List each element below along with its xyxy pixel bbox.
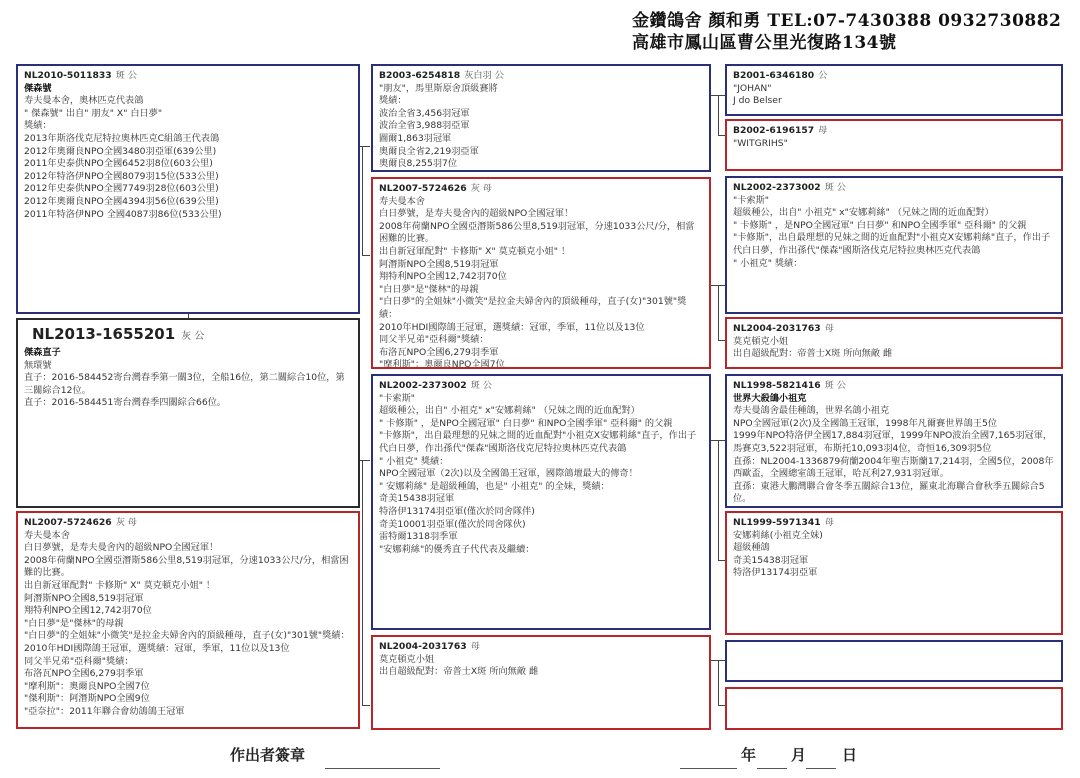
pedigree-card-sire: NL2010-5011833斑 公 傑森號 寿夫曼本舍，奧林匹克代表鴿 " 傑森… — [16, 64, 360, 314]
day-label: 日 — [842, 744, 857, 765]
pedigree-card-dam: NL2007-5724626灰 母 寿夫曼本舍 白日夢號，是寿夫曼舍內的超級NP… — [16, 511, 360, 729]
ring-number: NL1998-5821416斑 公 — [733, 380, 1055, 393]
pedigree-card-ggp-1: B2001-6346180公 "JOHAN" J do Belser — [725, 64, 1063, 116]
signature-label: 作出者簽章 — [230, 744, 305, 765]
ring-number: B2003-6254818灰白羽 公 — [379, 70, 703, 83]
connector — [362, 460, 363, 705]
ring-number: NL2004-2031763母 — [733, 323, 1055, 336]
connector — [718, 285, 719, 340]
month-blank[interactable] — [757, 768, 787, 769]
ring-number: B2001-6346180公 — [733, 70, 1055, 83]
ring-number: NL1999-5971341母 — [733, 517, 1055, 530]
pedigree-card-subject: NL2013-1655201灰 公 傑森直子 無環號 直子：2016-58445… — [16, 318, 360, 508]
pedigree-card-ggp-6: NL1999-5971341母 安娜莉絲(小祖克全妹) 超級種鴿 奇美15438… — [725, 511, 1063, 635]
ring-number: B2002-6196157母 — [733, 125, 1055, 138]
ring-number: NL2007-5724626灰 母 — [24, 517, 352, 530]
ring-number: NL2002-2373002斑 公 — [733, 182, 1055, 195]
pedigree-card-sire-sire: B2003-6254818灰白羽 公 "朋友"，馬里斯原舍頂級賽將 獎績： 波治… — [371, 64, 711, 172]
day-blank[interactable] — [806, 768, 836, 769]
pedigree-card-sire-dam: NL2007-5724626灰 母 寿夫曼本舍 白日夢號，是寿夫曼舍內的超級NP… — [371, 177, 711, 369]
pedigree-card-ggp-7 — [725, 640, 1063, 682]
pedigree-card-dam-sire: NL2002-2373002斑 公 "卡索斯" 超級種公，出自" 小祖克" x"… — [371, 374, 711, 630]
ring-number: NL2010-5011833斑 公 — [24, 70, 352, 83]
breeder-header: 金鑽鴿舍 顏和勇 TEL:07-7430388 0932730882 高雄市鳳山… — [632, 10, 1072, 54]
pedigree-card-ggp-4: NL2004-2031763母 莫克頓克小姐 出自超級配對：帝普士X斑 所向無敵… — [725, 317, 1063, 369]
year-blank[interactable] — [680, 768, 737, 769]
pedigree-card-ggp-3: NL2002-2373002斑 公 "卡索斯" 超級種公，出自" 小祖克" x"… — [725, 176, 1063, 314]
connector — [362, 255, 370, 256]
ring-number: NL2002-2373002斑 公 — [379, 380, 703, 393]
connector — [718, 95, 719, 135]
connector — [362, 146, 363, 256]
year-label: 年 — [741, 744, 756, 765]
subject-ring-number: NL2013-1655201灰 公 — [24, 324, 352, 347]
pedigree-card-dam-dam: NL2004-2031763母 莫克頓克小姐 出自超級配對：帝普士X斑 所向無敵… — [371, 635, 711, 730]
month-label: 月 — [791, 744, 806, 765]
ring-number: NL2007-5724626灰 母 — [379, 183, 703, 196]
connector — [718, 660, 719, 705]
connector — [718, 440, 719, 560]
ring-number: NL2004-2031763母 — [379, 641, 703, 654]
pedigree-card-ggp-2: B2002-6196157母 "WITGRIHS" — [725, 119, 1063, 171]
breeder-address: 高雄市鳳山區曹公里光復路134號 — [632, 32, 1072, 54]
signature-line[interactable] — [325, 768, 440, 769]
pigeon-name: 傑森直子 — [24, 347, 352, 360]
pedigree-card-ggp-8 — [725, 687, 1063, 730]
breeder-contact: 金鑽鴿舍 顏和勇 TEL:07-7430388 0932730882 — [632, 10, 1072, 32]
connector — [362, 705, 370, 706]
pigeon-name: 世界大殺鴿小祖克 — [733, 393, 1055, 406]
pedigree-card-ggp-5: NL1998-5821416斑 公 世界大殺鴿小祖克 寿夫曼鴿舍最佳種鴿，世界名… — [725, 374, 1063, 508]
pigeon-name: 傑森號 — [24, 83, 352, 96]
